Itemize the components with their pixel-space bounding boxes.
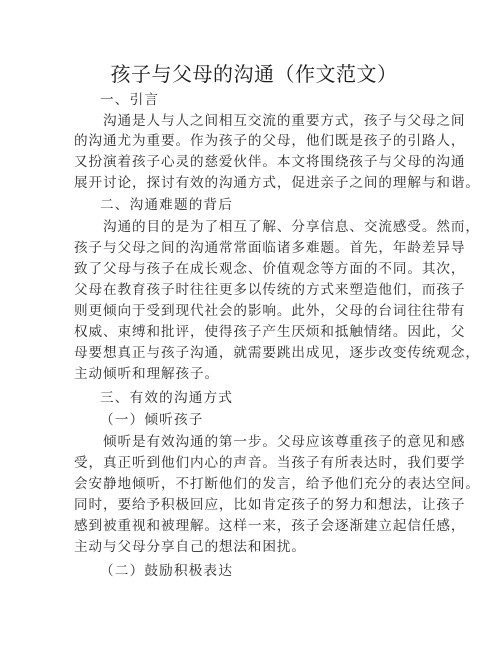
section-heading-difficulties: 二、沟通难题的背后 <box>100 197 233 213</box>
subsection-heading-encourage: （二）鼓励积极表达 <box>100 563 233 579</box>
section-heading-intro: 一、引言 <box>100 92 159 108</box>
paragraph-line: 沟通是人与人之间相互交流的重要方式，孩子与父母之间 <box>74 113 434 129</box>
paragraph-line: 则更倾向于受到现代社会的影响。此外，父母的台词往往带有 <box>74 303 434 319</box>
paragraph-line: 的沟通尤为重要。作为孩子的父母，他们既是孩子的引路人， <box>74 133 434 149</box>
paragraph-line: 父母在教育孩子时往往更多以传统的方式来塑造他们，而孩子 <box>74 282 434 298</box>
paragraph-line: 会安静地倾听，不打断他们的发言，给予他们充分的表达空间。 <box>74 476 434 492</box>
paragraph-line: 又扮演着孩子心灵的慈爱伙伴。本文将围绕孩子与父母的沟通 <box>74 154 434 170</box>
section-heading-methods: 三、有效的沟通方式 <box>100 390 233 406</box>
paragraph-line: 倾听是有效沟通的第一步。父母应该尊重孩子的意见和感 <box>74 434 434 450</box>
paragraph-line: 孩子与父母之间的沟通常常面临诸多难题。首先，年龄差异导 <box>74 240 434 256</box>
paragraph-line: 沟通的目的是为了相互了解、分享信息、交流感受。然而， <box>74 219 434 235</box>
paragraph-line: 感到被重视和被理解。这样一来，孩子会逐渐建立起信任感， <box>74 518 434 534</box>
paragraph-line: 致了父母与孩子在成长观念、价值观念等方面的不同。其次， <box>74 261 434 277</box>
paragraph-line: 主动倾听和理解孩子。 <box>74 366 434 382</box>
subsection-heading-listen: （一）倾听孩子 <box>100 412 204 428</box>
paragraph-line: 主动与父母分享自己的想法和困扰。 <box>74 539 434 555</box>
document-title: 孩子与父母的沟通（作文范文） <box>74 58 434 87</box>
paragraph-line: 权威、束缚和批评，使得孩子产生厌烦和抵触情绪。因此，父 <box>74 324 434 340</box>
paragraph-line: 同时，要给予积极回应，比如肯定孩子的努力和想法，让孩子 <box>74 497 434 513</box>
paragraph-line: 受，真正听到他们内心的声音。当孩子有所表达时，我们要学 <box>74 455 434 471</box>
paragraph-line: 母要想真正与孩子沟通，就需要跳出成见，逐步改变传统观念， <box>74 345 434 361</box>
paragraph-line: 展开讨论，探讨有效的沟通方式，促进亲子之间的理解与和谐。 <box>74 175 434 191</box>
